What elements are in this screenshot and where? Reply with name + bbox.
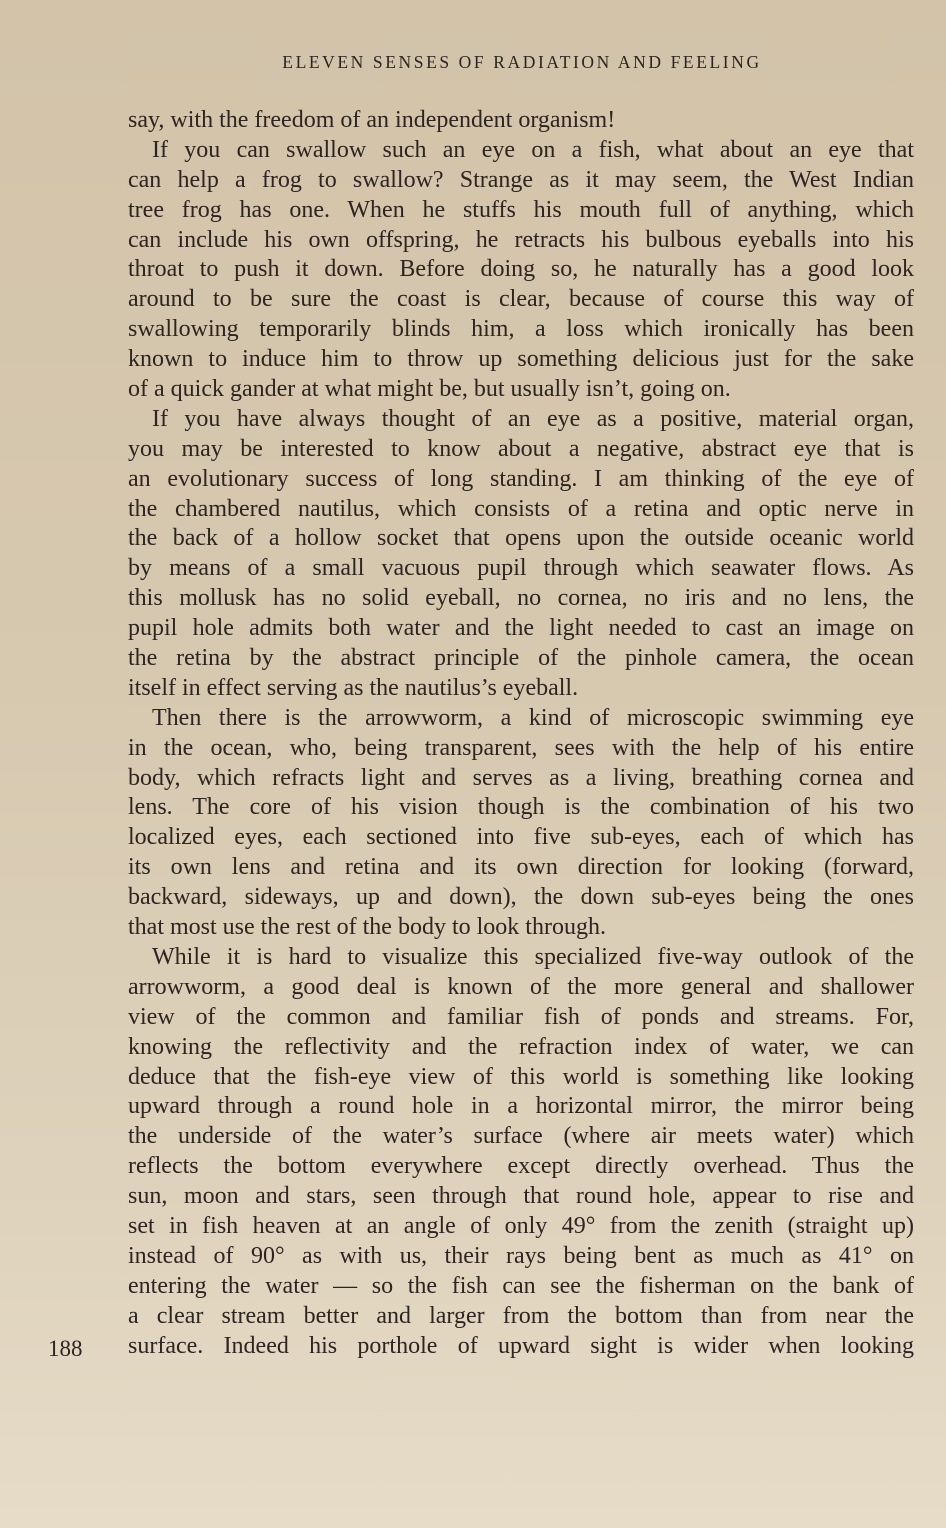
text-line: the retina by the abstract principle of … (128, 644, 914, 674)
text-line: arrowworm, a good deal is known of the m… (128, 973, 914, 1003)
text-line: If you have always thought of an eye as … (128, 405, 914, 435)
text-line: the back of a hollow socket that opens u… (128, 524, 914, 554)
text-line: of a quick gander at what might be, but … (128, 375, 914, 405)
text-line: can include his own offspring, he retrac… (128, 226, 914, 256)
text-line: Then there is the arrowworm, a kind of m… (128, 704, 914, 734)
text-line: this mollusk has no solid eyeball, no co… (128, 584, 914, 614)
text-line: the underside of the water’s surface (wh… (128, 1122, 914, 1152)
text-line: say, with the freedom of an independent … (128, 106, 914, 136)
text-line: instead of 90° as with us, their rays be… (128, 1242, 914, 1272)
text-line: If you can swallow such an eye on a fish… (128, 136, 914, 166)
text-line: knowing the reflectivity and the refract… (128, 1033, 914, 1063)
text-line: a clear stream better and larger from th… (128, 1302, 914, 1332)
text-line: localized eyes, each sectioned into five… (128, 823, 914, 853)
text-line: that most use the rest of the body to lo… (128, 913, 914, 943)
text-line: in the ocean, who, being transparent, se… (128, 734, 914, 764)
running-head: ELEVEN SENSES OF RADIATION AND FEELING (0, 52, 946, 73)
text-line: swallowing temporarily blinds him, a los… (128, 315, 914, 345)
text-line: reflects the bottom everywhere except di… (128, 1152, 914, 1182)
text-line: the chambered nautilus, which consists o… (128, 495, 914, 525)
text-line: deduce that the fish-eye view of this wo… (128, 1063, 914, 1093)
text-line: can help a frog to swallow? Strange as i… (128, 166, 914, 196)
text-line: backward, sideways, up and down), the do… (128, 883, 914, 913)
text-line: itself in effect serving as the nautilus… (128, 674, 914, 704)
text-line: While it is hard to visualize this speci… (128, 943, 914, 973)
text-line: an evolutionary success of long standing… (128, 465, 914, 495)
text-line: its own lens and retina and its own dire… (128, 853, 914, 883)
text-line: around to be sure the coast is clear, be… (128, 285, 914, 315)
text-line: lens. The core of his vision though is t… (128, 793, 914, 823)
text-line: throat to push it down. Before doing so,… (128, 255, 914, 285)
text-line: you may be interested to know about a ne… (128, 435, 914, 465)
text-line: entering the water — so the fish can see… (128, 1272, 914, 1302)
text-line: surface. Indeed his porthole of upward s… (128, 1332, 914, 1362)
text-line: body, which refracts light and serves as… (128, 764, 914, 794)
text-line: view of the common and familiar fish of … (128, 1003, 914, 1033)
text-line: tree frog has one. When he stuffs his mo… (128, 196, 914, 226)
page-number: 188 (48, 1334, 83, 1364)
text-line: known to induce him to throw up somethin… (128, 345, 914, 375)
text-line: by means of a small vacuous pupil throug… (128, 554, 914, 584)
text-line: pupil hole admits both water and the lig… (128, 614, 914, 644)
text-line: upward through a round hole in a horizon… (128, 1092, 914, 1122)
text-line: sun, moon and stars, seen through that r… (128, 1182, 914, 1212)
text-line: set in fish heaven at an angle of only 4… (128, 1212, 914, 1242)
body-text: say, with the freedom of an independent … (128, 106, 914, 1361)
